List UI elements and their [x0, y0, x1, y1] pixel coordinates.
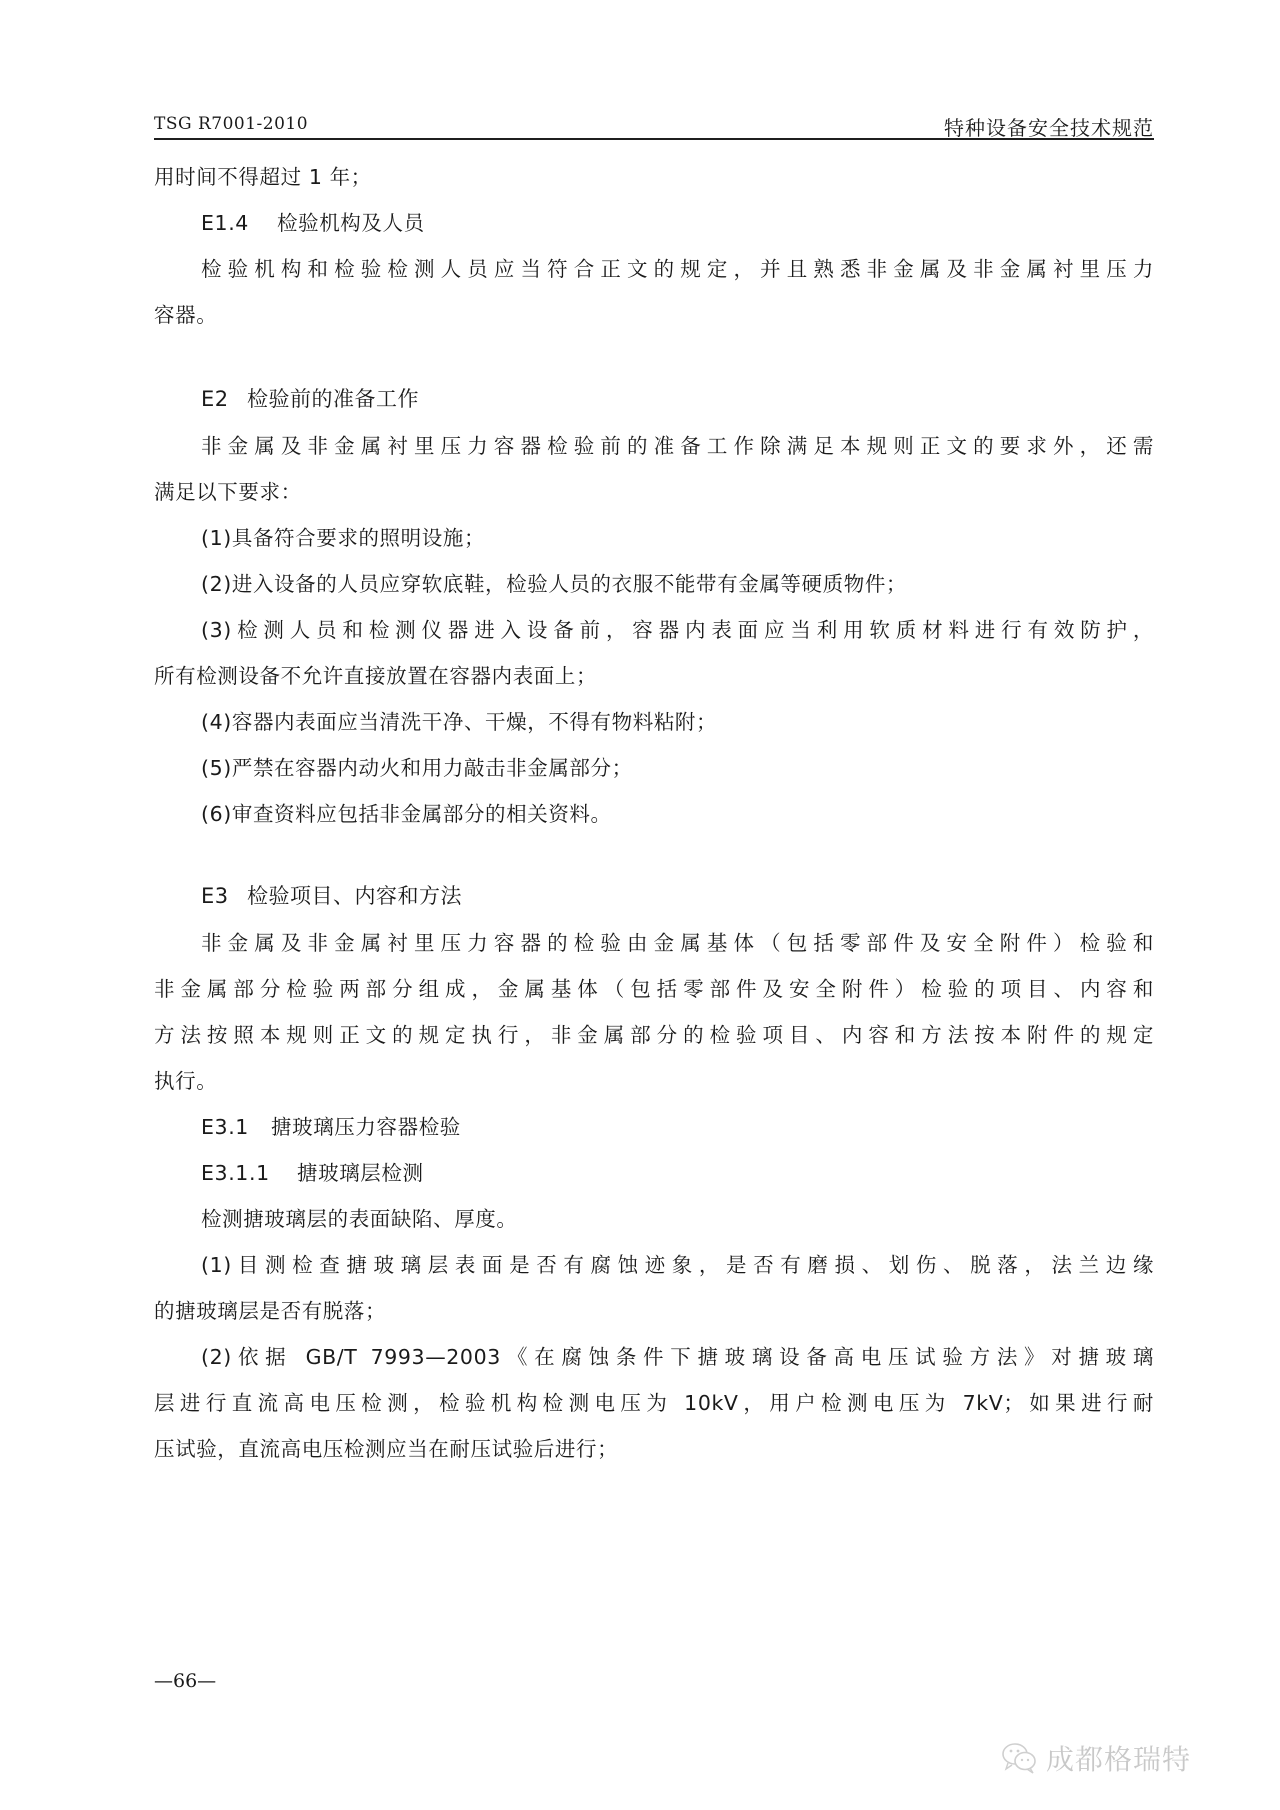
paragraph-line: 满足以下要求：: [154, 475, 302, 505]
section-title: 检验项目、内容和方法: [247, 884, 462, 908]
section-heading-e3: E3检验项目、内容和方法: [201, 880, 462, 910]
paragraph-line: 的搪玻璃层是否有脱落；: [154, 1294, 386, 1324]
paragraph-line: 压试验，直流高电压检测应当在耐压试验后进行；: [154, 1432, 618, 1462]
paragraph-line: 用时间不得超过 1 年；: [154, 160, 372, 190]
page-header: TSG R7001-2010 特种设备安全技术规范: [154, 112, 1154, 138]
paragraph-line: 非金属及非金属衬里压力容器的检验由金属基体（包括零部件及安全附件）检验和: [201, 926, 1154, 956]
standard-code: TSG R7001-2010: [154, 114, 308, 134]
list-item: (2)进入设备的人员应穿软底鞋，检验人员的衣服不能带有金属等硬质物件；: [201, 567, 907, 597]
list-item: (5)严禁在容器内动火和用力敲击非金属部分；: [201, 751, 633, 781]
paragraph-line: 容器。: [154, 298, 217, 328]
section-heading-e2: E2检验前的准备工作: [201, 383, 419, 413]
list-item: (6)审查资料应包括非金属部分的相关资料。: [201, 797, 612, 827]
paragraph-line: 检测搪玻璃层的表面缺陷、厚度。: [201, 1202, 518, 1232]
watermark: 成都格瑞特: [1000, 1738, 1191, 1778]
wechat-icon: [1000, 1741, 1040, 1775]
paragraph-line: 所有检测设备不允许直接放置在容器内表面上；: [154, 659, 597, 689]
document-page: TSG R7001-2010 特种设备安全技术规范 用时间不得超过 1 年； E…: [0, 0, 1280, 1810]
paragraph-line: 方法按照本规则正文的规定执行，非金属部分的检验项目、内容和方法按本附件的规定: [154, 1018, 1154, 1048]
header-divider: [154, 138, 1154, 140]
section-heading-e1-4: E1.4检验机构及人员: [201, 206, 425, 236]
section-heading-e3-1-1: E3.1.1搪玻璃层检测: [201, 1156, 424, 1186]
section-title: 检验机构及人员: [277, 211, 425, 235]
watermark-text: 成都格瑞特: [1046, 1738, 1191, 1778]
standard-category: 特种设备安全技术规范: [944, 112, 1154, 141]
section-heading-e3-1: E3.1搪玻璃压力容器检验: [201, 1110, 461, 1140]
paragraph-line: 执行。: [154, 1064, 217, 1094]
section-title: 搪玻璃层检测: [297, 1161, 424, 1185]
paragraph-line: 非金属及非金属衬里压力容器检验前的准备工作除满足本规则正文的要求外，还需: [201, 429, 1154, 459]
paragraph-line: 检验机构和检验检测人员应当符合正文的规定，并且熟悉非金属及非金属衬里压力: [201, 252, 1154, 282]
list-item: (4)容器内表面应当清洗干净、干燥，不得有物料粘附；: [201, 705, 717, 735]
paragraph-line: 层进行直流高电压检测，检验机构检测电压为 10kV，用户检测电压为 7kV；如果…: [154, 1386, 1154, 1416]
list-item: (2)依据 GB/T 7993—2003《在腐蚀条件下搪玻璃设备高电压试验方法》…: [201, 1340, 1154, 1370]
section-number: E1.4: [201, 211, 277, 235]
section-title: 搪玻璃压力容器检验: [271, 1115, 461, 1139]
paragraph-line: 非金属部分检验两部分组成，金属基体（包括零部件及安全附件）检验的项目、内容和: [154, 972, 1154, 1002]
list-item: (1)目测检查搪玻璃层表面是否有腐蚀迹象，是否有磨损、划伤、脱落，法兰边缘: [201, 1248, 1154, 1278]
section-number: E2: [201, 387, 247, 411]
section-title: 检验前的准备工作: [247, 387, 419, 411]
list-item: (3)检测人员和检测仪器进入设备前，容器内表面应当利用软质材料进行有效防护，: [201, 613, 1154, 643]
list-item: (1)具备符合要求的照明设施；: [201, 521, 485, 551]
section-number: E3.1.1: [201, 1161, 297, 1185]
section-number: E3: [201, 884, 247, 908]
page-number: —66—: [154, 1670, 216, 1692]
section-number: E3.1: [201, 1115, 271, 1139]
